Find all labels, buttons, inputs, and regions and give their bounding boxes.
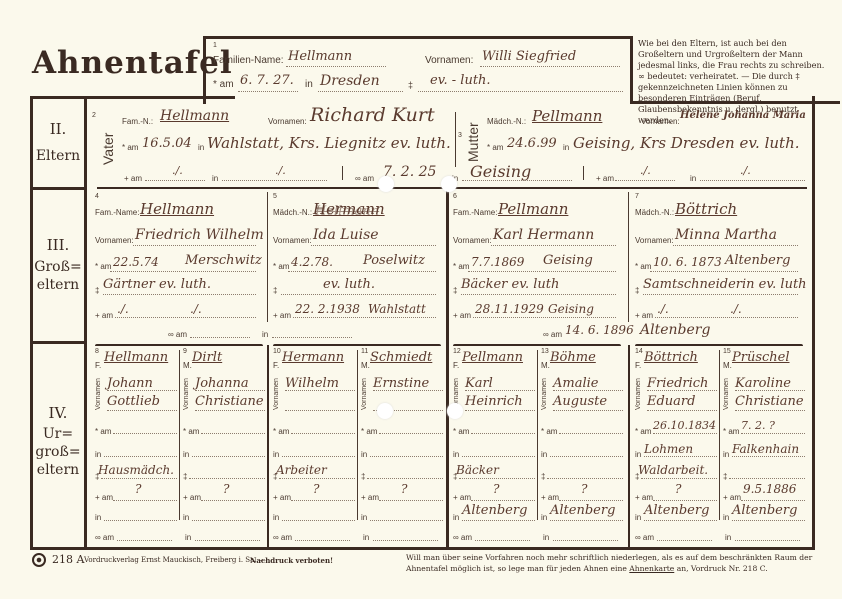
great-grandparent-family-name: Dirlt — [192, 350, 222, 365]
birth-place-label: in — [453, 450, 459, 459]
great-grandparent-given-name-1: Wilhelm — [285, 376, 339, 391]
father-death-label: + am — [124, 174, 142, 183]
father-birth-place: Wahlstatt, Krs. Liegnitz ev. luth. — [207, 134, 451, 152]
mother-given-names: Helene Johanna Maria — [680, 110, 806, 121]
ahnenkarte-link[interactable]: Ahnenkarte — [629, 564, 674, 573]
death-place-label: in — [453, 513, 459, 522]
father-family-name: Hellmann — [160, 108, 229, 124]
death-place-label: in — [183, 513, 189, 522]
given-names-label: Vornamen — [635, 378, 642, 410]
father-role: Vater — [100, 133, 116, 165]
death-place-label: in — [95, 513, 101, 522]
occupation-mark: ‡ — [183, 472, 187, 481]
given-names-label: Vornamen — [183, 378, 190, 410]
occupation-mark: ‡ — [541, 472, 545, 481]
birth-place-label: in — [273, 450, 279, 459]
great-grandparent-death-date: ? — [581, 482, 587, 496]
gp-left-marriage-place-label: in — [262, 330, 268, 339]
family-name-label: Fam.-Name: — [95, 208, 139, 217]
ancestor-number: 15 — [723, 348, 731, 355]
mother-birth-place: Geising, Krs Dresden ev. luth. — [573, 134, 800, 152]
grandparent-occupation: Bäcker ev. luth — [461, 277, 559, 292]
sex-label: M. — [723, 361, 732, 370]
great-grandparent-given-name-2: Eduard — [647, 394, 695, 409]
father-birth-label: * am — [122, 143, 138, 152]
grandparent-given-names: Ida Luise — [313, 227, 379, 243]
great-grandparent-birth-date: 26.10.1834 — [653, 419, 716, 432]
great-grandparent-given-name-1: Friedrich — [647, 376, 708, 391]
birth-label: * am — [541, 427, 557, 436]
mother-death-place-label: in — [690, 174, 696, 183]
grandparent-occupation: Gärtner ev. luth. — [103, 277, 211, 292]
grandparent-death-date: ./. — [657, 302, 669, 316]
death-place-label: in — [635, 513, 641, 522]
great-grandparent-given-name-1: Karoline — [735, 376, 791, 391]
great-grandparent-family-name: Böttrich — [644, 350, 698, 365]
death-label: + am — [95, 311, 113, 320]
footer-note-text-end: an, Vordruck Nr. 218 C. — [677, 564, 768, 573]
grandparent-family-name: Böttrich — [675, 200, 737, 218]
great-grandparent-birth-date: 7. 2. ? — [741, 419, 775, 432]
marriage-place-label: in — [363, 533, 369, 542]
father-birth-place-label: in — [198, 143, 204, 152]
occupation-mark: ‡ — [273, 286, 277, 295]
marriage-place-label: in — [185, 533, 191, 542]
great-grandparent-birth-place: Lohmen — [644, 442, 693, 456]
birth-label: * am — [95, 427, 111, 436]
given-names-label: Vornamen — [541, 378, 548, 410]
grandparent-birth-date: 7.7.1869 — [471, 255, 524, 269]
grandparent-birth-date: 4.2.78. — [291, 255, 333, 269]
mother-death-date: ./. — [640, 164, 651, 177]
birth-place-label: in — [541, 450, 547, 459]
sex-label: F. — [95, 361, 101, 370]
mother-death-label: + am — [596, 174, 614, 183]
family-name-label: Familien-Name: — [213, 55, 284, 66]
gp-right-married-label: ∞ am — [543, 330, 562, 339]
given-names-label: Vornamen — [723, 378, 730, 410]
great-grandparent-death-date: ? — [493, 482, 499, 496]
grandparent-death-place: ./. — [190, 302, 202, 316]
grandparent-birth-date: 10. 6. 1873 — [653, 255, 722, 269]
occupation-mark: ‡ — [95, 286, 99, 295]
gp-right-marriage-date: 14. 6. 1896 — [565, 323, 634, 337]
grandparent-death-place: Geising — [548, 302, 594, 316]
ancestor-number: 12 — [453, 348, 461, 355]
birth-label: * am — [183, 427, 199, 436]
death-place-label: in — [541, 513, 547, 522]
sex-label: M. — [183, 361, 192, 370]
given-names-label: Vornamen — [273, 378, 280, 410]
publisher: Vordruckverlag Ernst Mauckisch, Freiberg… — [84, 556, 266, 564]
married-label: ∞ am — [635, 533, 654, 542]
great-grandparent-death-place: Altenberg — [732, 503, 797, 518]
occupation-mark: ‡ — [453, 286, 457, 295]
birth-label: * am — [453, 262, 469, 271]
mother-family-name: Pellmann — [532, 107, 602, 125]
married-label: ∞ am — [273, 533, 292, 542]
grandparent-family-name: Pellmann — [498, 200, 568, 218]
great-grandparent-given-name-1: Johanna — [195, 376, 249, 391]
birth-label: * am — [213, 79, 234, 90]
great-grandparent-occupation: Bäcker — [456, 463, 499, 477]
great-grandparent-family-name: Prüschel — [732, 350, 790, 365]
mother-death-place: ./. — [740, 164, 751, 177]
great-grandparent-death-place: Altenberg — [462, 503, 527, 518]
copyright-notice: Nachdruck verboten! — [250, 556, 333, 565]
publisher-logo-icon — [32, 553, 46, 567]
death-place-label: in — [723, 513, 729, 522]
father-death-date: ./. — [172, 164, 183, 177]
married-label: ∞ am — [453, 533, 472, 542]
grandparent-death-place: Wahlstatt — [368, 302, 426, 316]
birth-place-label: in — [635, 450, 641, 459]
great-grandparent-death-date: 9.5.1886 — [743, 482, 796, 496]
grandparent-birth-place: Merschwitz — [185, 253, 262, 268]
great-grandparent-given-name-2: Heinrich — [465, 394, 523, 409]
mother-birth-place-label: in — [563, 143, 569, 152]
given-names-label: Vornamen: — [273, 236, 312, 245]
great-grandparent-death-place: Altenberg — [550, 503, 615, 518]
death-label: + am — [453, 311, 471, 320]
birth-label: * am — [635, 262, 651, 271]
death-place-label: in — [361, 513, 367, 522]
family-name-label: Mädch.-N.: — [273, 208, 312, 217]
proband-religion: ev. - luth. — [430, 73, 491, 88]
grandparent-family-name: Hellmann — [140, 200, 214, 218]
great-grandparent-given-name-1: Amalie — [553, 376, 598, 391]
great-grandparent-death-place: Altenberg — [644, 503, 709, 518]
given-names-label: Vornamen — [361, 378, 368, 410]
mother-birth-date: 24.6.99 — [507, 136, 557, 151]
struck-family-name: Hellmann — [315, 204, 379, 219]
proband-family-name: Hellmann — [288, 49, 352, 64]
sex-label: F. — [635, 361, 641, 370]
great-grandparent-death-date: ? — [135, 482, 141, 496]
ancestor-number: 14 — [635, 348, 643, 355]
great-grandparent-given-name-2: Gottlieb — [107, 394, 160, 409]
grandparent-birth-place: Poselwitz — [363, 253, 425, 268]
footer-note: Will man über seine Vorfahren noch mehr … — [406, 552, 821, 574]
proband-box — [203, 36, 633, 104]
great-grandparent-given-name-1: Ernstine — [373, 376, 429, 391]
given-names-label: Vornamen: — [453, 236, 492, 245]
generation-ii-label: Eltern — [30, 148, 86, 164]
death-label: + am — [273, 493, 291, 502]
occupation-mark: ‡ — [635, 286, 639, 295]
given-names-label: Vornamen: — [425, 55, 473, 66]
family-name-label: Fam.-Name: — [453, 208, 497, 217]
father-family-name-label: Fam.-N.: — [122, 117, 153, 126]
sex-label: M. — [541, 361, 550, 370]
birth-place-label: in — [361, 450, 367, 459]
birth-label: * am — [273, 427, 289, 436]
sex-label: M. — [361, 361, 370, 370]
great-grandparent-given-name-1: Johann — [107, 376, 153, 391]
great-grandparent-death-date: ? — [223, 482, 229, 496]
grandparent-occupation: ev. luth. — [323, 277, 375, 292]
great-grandparent-given-name-2: Christiane — [195, 394, 264, 409]
great-grandparent-occupation: Waldarbeit. — [638, 463, 708, 477]
gp-left-married-label: ∞ am — [168, 330, 187, 339]
marriage-place-label: in — [725, 533, 731, 542]
given-names-label: Vornamen: — [95, 236, 134, 245]
grandparent-death-date: 28.11.1929 — [475, 302, 544, 316]
occupation-mark: ‡ — [408, 80, 413, 90]
death-label: + am — [183, 493, 201, 502]
death-label: + am — [361, 493, 379, 502]
father-birth-date: 16.5.04 — [142, 136, 192, 151]
parents-marriage-place: Geising — [470, 162, 531, 181]
mother-number: 3 — [458, 132, 462, 139]
great-grandparent-death-date: ? — [313, 482, 319, 496]
ancestor-number: 9 — [183, 348, 187, 355]
birth-label: * am — [361, 427, 377, 436]
grandparent-given-names: Friedrich Wilhelm — [135, 227, 264, 243]
great-grandparent-given-name-2: Christiane — [735, 394, 804, 409]
death-place-label: in — [273, 513, 279, 522]
proband-birth-date: 6. 7. 27. — [240, 73, 294, 88]
birth-label: * am — [635, 427, 651, 436]
grandparent-death-date: 22. 2.1938 — [295, 302, 360, 316]
occupation-mark: ‡ — [361, 472, 365, 481]
generation-ii-numeral: II. — [30, 120, 86, 138]
birth-label: * am — [95, 262, 111, 271]
birth-place-label: in — [95, 450, 101, 459]
great-grandparent-family-name: Hellmann — [104, 350, 168, 365]
mother-birth-label: * am — [487, 143, 503, 152]
grandparent-given-names: Minna Martha — [675, 227, 777, 243]
gp-right-marriage-place: Altenberg — [640, 322, 710, 338]
sex-label: F. — [453, 361, 459, 370]
grandparent-birth-place: Altenberg — [725, 253, 790, 268]
ancestor-number: 4 — [95, 193, 99, 200]
grandparent-death-date: ./. — [117, 302, 129, 316]
grandparent-given-names: Karl Hermann — [493, 227, 594, 243]
birth-place-label: in — [305, 79, 313, 90]
marriage-place-label: in — [543, 533, 549, 542]
great-grandparent-birth-place: Falkenhain — [732, 442, 799, 456]
generation-iv-label: Ur= groß= eltern — [30, 425, 86, 479]
generation-iii-label: Groß= eltern — [30, 258, 86, 294]
ancestor-number: 11 — [361, 348, 368, 355]
death-label: + am — [95, 493, 113, 502]
great-grandparent-family-name: Pellmann — [462, 350, 523, 365]
death-label: + am — [273, 311, 291, 320]
sex-label: F. — [273, 361, 279, 370]
birth-place-label: in — [183, 450, 189, 459]
father-number: 2 — [92, 112, 96, 119]
great-grandparent-occupation: Hausmädch. — [98, 463, 174, 477]
great-grandparent-death-date: ? — [401, 482, 407, 496]
great-grandparent-occupation: Arbeiter — [276, 463, 327, 477]
death-label: + am — [541, 493, 559, 502]
ancestor-number: 13 — [541, 348, 549, 355]
birth-label: * am — [723, 427, 739, 436]
proband-birth-place: Dresden — [320, 73, 380, 89]
father-given-label: Vornamen: — [268, 117, 307, 126]
death-label: + am — [635, 493, 653, 502]
great-grandparent-death-date: ? — [675, 482, 681, 496]
mother-role: Mutter — [465, 122, 481, 162]
given-names-label: Vornamen — [95, 378, 102, 410]
given-names-label: Vornamen: — [635, 236, 674, 245]
grandparent-death-place: ./. — [730, 302, 742, 316]
parents-married-label: ∞ am — [355, 174, 374, 183]
grandparent-occupation: Samtschneiderin ev. luth — [643, 277, 807, 292]
death-label: + am — [453, 493, 471, 502]
family-name-label: Mädch.-N.: — [635, 208, 674, 217]
ancestor-number: 7 — [635, 193, 639, 200]
grandparent-birth-place: Geising — [543, 253, 593, 268]
great-grandparent-given-name-1: Karl — [465, 376, 493, 391]
occupation-mark: ‡ — [723, 472, 727, 481]
married-label: ∞ am — [95, 533, 114, 542]
great-grandparent-given-name-2: Auguste — [553, 394, 607, 409]
ancestor-number: 5 — [273, 193, 277, 200]
ancestor-number: 10 — [273, 348, 281, 355]
great-grandparent-family-name: Hermann — [282, 350, 344, 365]
father-given-names: Richard Kurt — [310, 104, 435, 126]
proband-number: 1 — [213, 42, 217, 49]
mother-given-label: Vornamen: — [641, 117, 680, 126]
great-grandparent-family-name: Schmiedt — [370, 350, 432, 365]
birth-place-label: in — [723, 450, 729, 459]
death-label: + am — [635, 311, 653, 320]
proband-given-names: Willi Siegfried — [482, 49, 576, 64]
father-death-place: ./. — [275, 164, 286, 177]
great-grandparent-family-name: Böhme — [550, 350, 596, 365]
generation-iv-numeral: IV. — [30, 404, 86, 422]
father-death-place-label: in — [212, 174, 218, 183]
ancestor-number: 8 — [95, 348, 99, 355]
birth-label: * am — [453, 427, 469, 436]
death-label: + am — [723, 493, 741, 502]
grandparent-birth-date: 22.5.74 — [113, 255, 159, 269]
birth-label: * am — [273, 262, 289, 271]
generation-iii-numeral: III. — [30, 236, 86, 254]
form-number: 218 A — [52, 553, 84, 566]
ancestor-number: 6 — [453, 193, 457, 200]
mother-maiden-name-label: Mädch.-N.: — [487, 117, 526, 126]
